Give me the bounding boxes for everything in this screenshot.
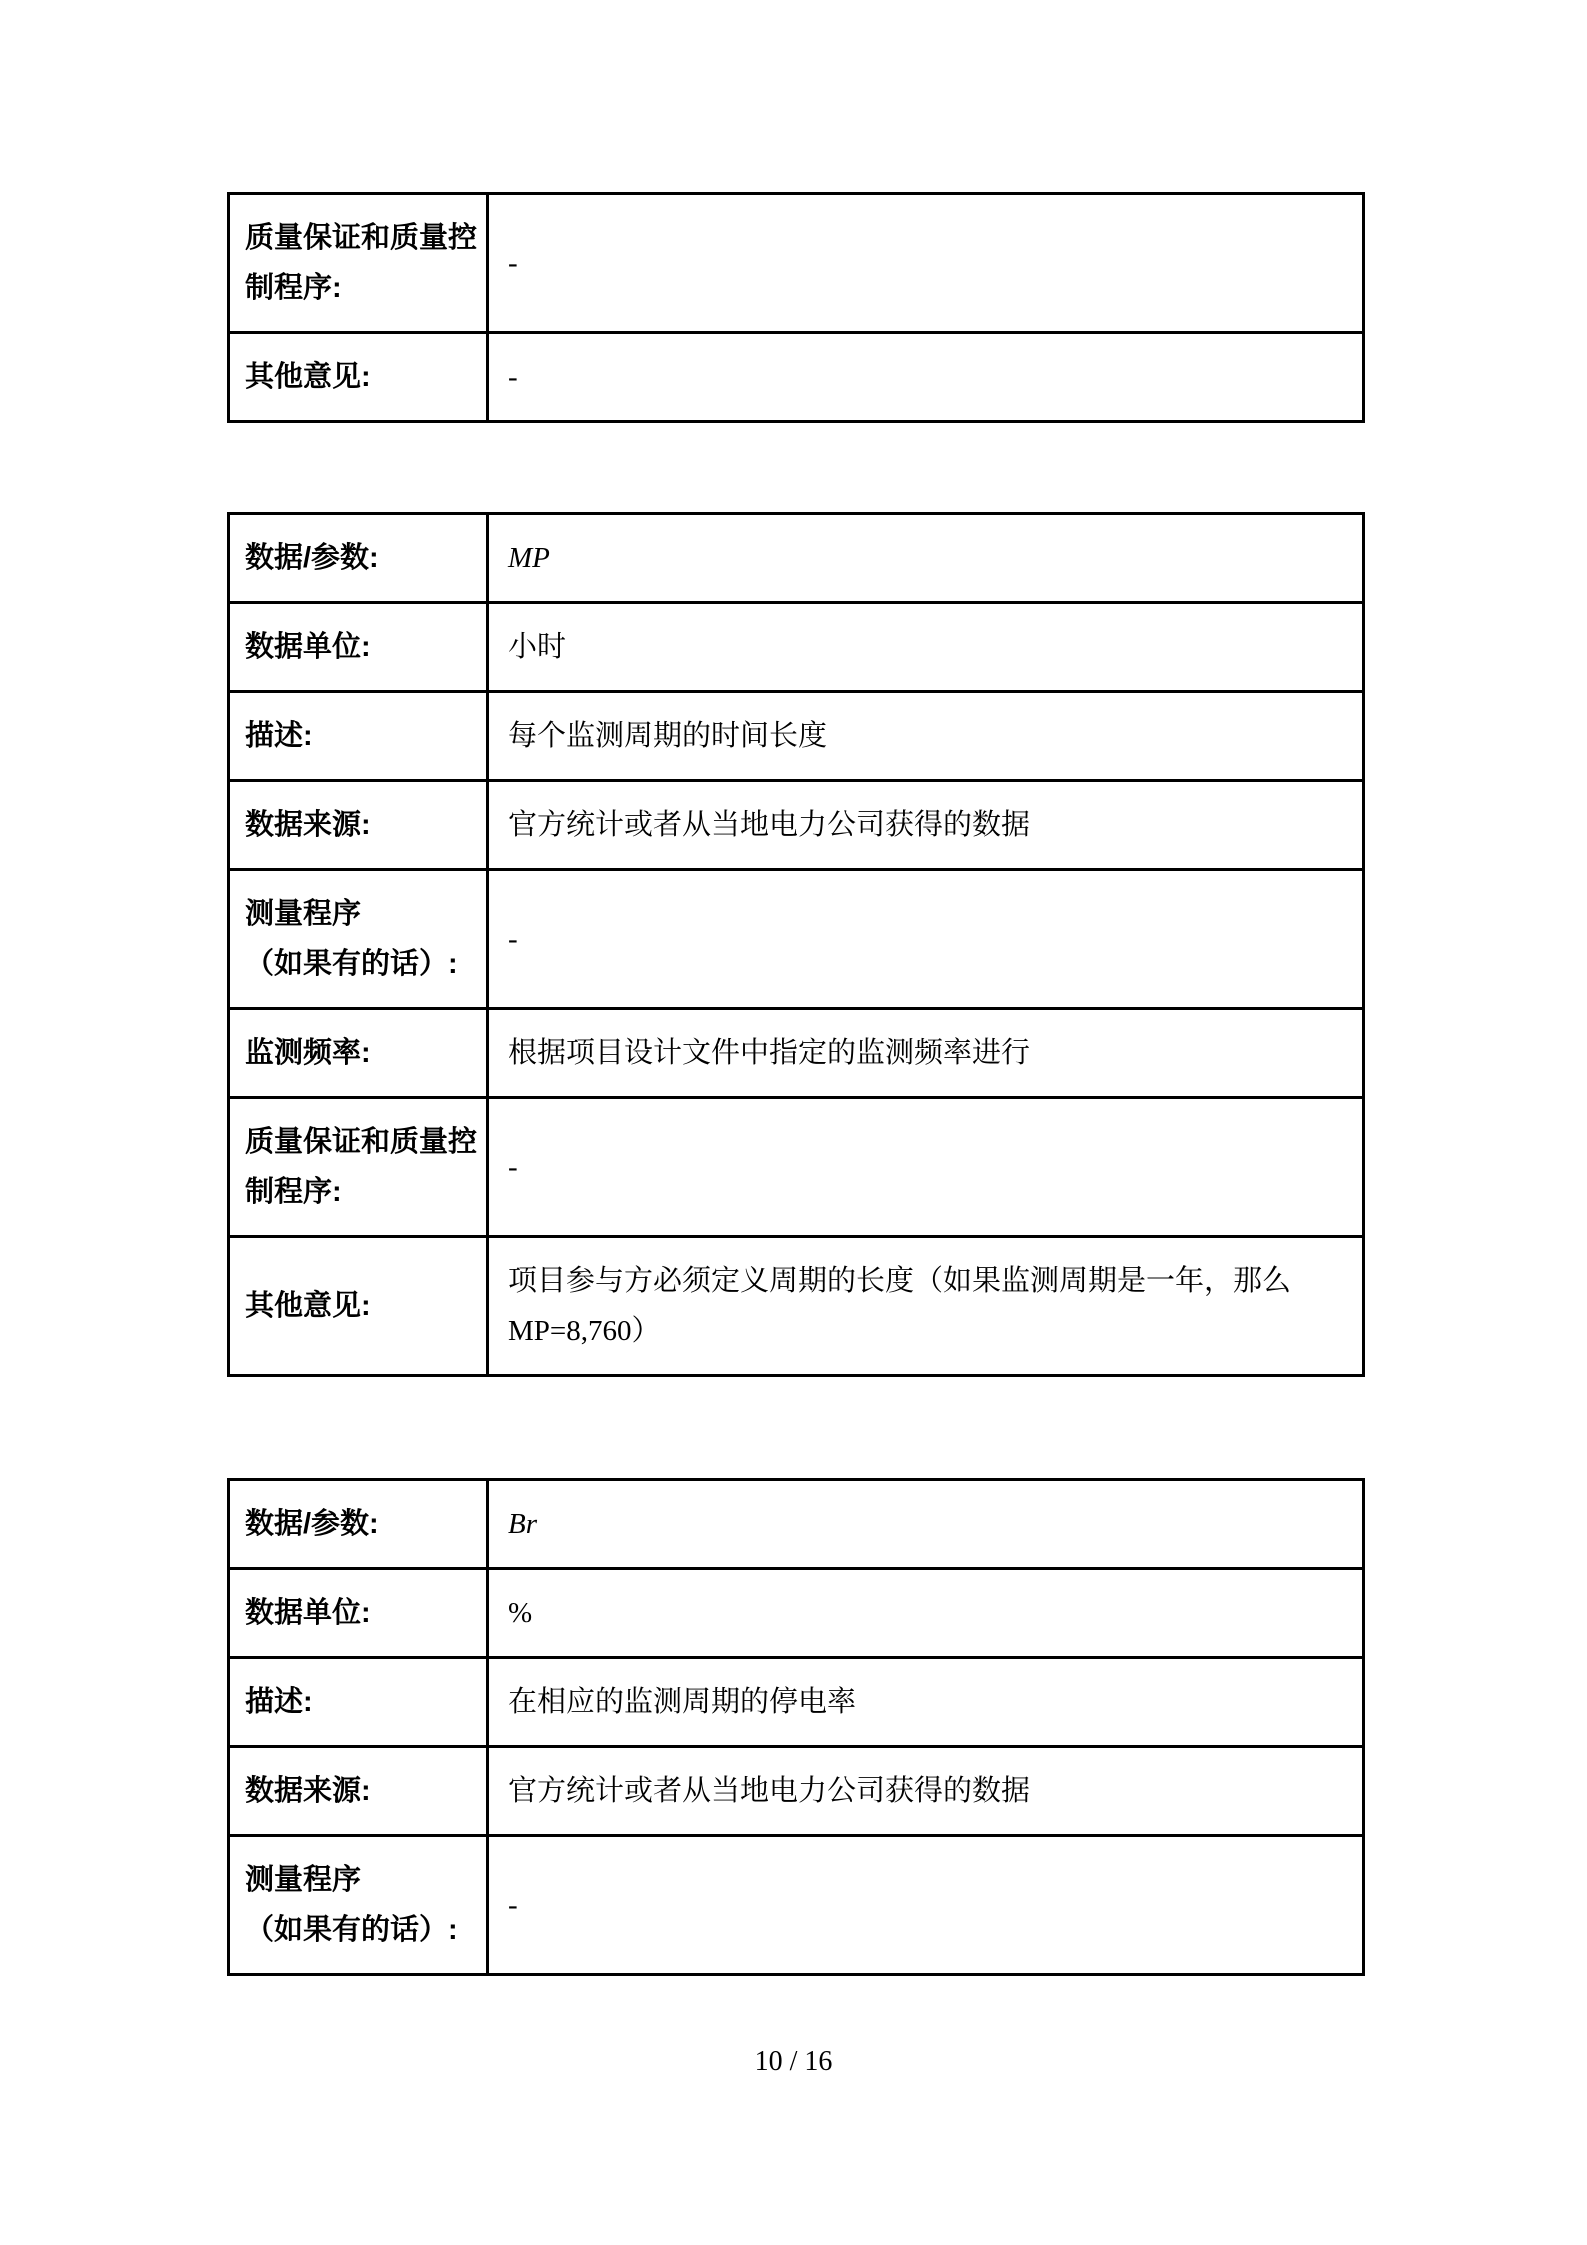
- table-row: 测量程序 （如果有的话）:-: [229, 1836, 1364, 1975]
- row-value: -: [488, 870, 1364, 1009]
- row-value: Br: [488, 1480, 1364, 1569]
- table-row: 数据单位:小时: [229, 603, 1364, 692]
- table-row: 数据/参数:MP: [229, 514, 1364, 603]
- row-value: -: [488, 194, 1364, 333]
- row-label: 数据单位:: [229, 1569, 488, 1658]
- row-value: 每个监测周期的时间长度: [488, 692, 1364, 781]
- row-value: 在相应的监测周期的停电率: [488, 1658, 1364, 1747]
- row-label: 监测频率:: [229, 1009, 488, 1098]
- row-label: 描述:: [229, 692, 488, 781]
- row-label: 测量程序 （如果有的话）:: [229, 1836, 488, 1975]
- row-label: 数据/参数:: [229, 1480, 488, 1569]
- row-label: 测量程序 （如果有的话）:: [229, 870, 488, 1009]
- row-label: 数据/参数:: [229, 514, 488, 603]
- table-row: 数据来源:官方统计或者从当地电力公司获得的数据: [229, 1747, 1364, 1836]
- row-label: 其他意见:: [229, 333, 488, 422]
- document-page: 质量保证和质量控制程序:-其他意见:- 数据/参数:MP数据单位:小时描述:每个…: [0, 0, 1587, 2245]
- table-row: 数据来源:官方统计或者从当地电力公司获得的数据: [229, 781, 1364, 870]
- table-row: 质量保证和质量控制程序:-: [229, 1098, 1364, 1237]
- page-number: 10 / 16: [0, 2045, 1587, 2079]
- row-label: 质量保证和质量控制程序:: [229, 194, 488, 333]
- row-value: 官方统计或者从当地电力公司获得的数据: [488, 781, 1364, 870]
- table-row: 其他意见:-: [229, 333, 1364, 422]
- row-value: MP: [488, 514, 1364, 603]
- row-value: 官方统计或者从当地电力公司获得的数据: [488, 1747, 1364, 1836]
- row-value: -: [488, 1836, 1364, 1975]
- table-row: 描述:在相应的监测周期的停电率: [229, 1658, 1364, 1747]
- row-label: 质量保证和质量控制程序:: [229, 1098, 488, 1237]
- table-row: 测量程序 （如果有的话）:-: [229, 870, 1364, 1009]
- table-row: 数据单位:%: [229, 1569, 1364, 1658]
- table-row: 监测频率:根据项目设计文件中指定的监测频率进行: [229, 1009, 1364, 1098]
- row-label: 其他意见:: [229, 1237, 488, 1376]
- row-value: 项目参与方必须定义周期的长度（如果监测周期是一年，那么 MP=8,760）: [488, 1237, 1364, 1376]
- parameter-table-br: 数据/参数:Br数据单位:%描述:在相应的监测周期的停电率数据来源:官方统计或者…: [227, 1478, 1365, 1976]
- row-value: -: [488, 1098, 1364, 1237]
- table-row: 质量保证和质量控制程序:-: [229, 194, 1364, 333]
- row-value: %: [488, 1569, 1364, 1658]
- parameter-table-continued: 质量保证和质量控制程序:-其他意见:-: [227, 192, 1365, 423]
- row-value: 小时: [488, 603, 1364, 692]
- row-label: 数据来源:: [229, 781, 488, 870]
- row-label: 数据单位:: [229, 603, 488, 692]
- table-row: 其他意见:项目参与方必须定义周期的长度（如果监测周期是一年，那么 MP=8,76…: [229, 1237, 1364, 1376]
- row-label: 描述:: [229, 1658, 488, 1747]
- row-label: 数据来源:: [229, 1747, 488, 1836]
- table-row: 描述:每个监测周期的时间长度: [229, 692, 1364, 781]
- table-row: 数据/参数:Br: [229, 1480, 1364, 1569]
- parameter-table-mp: 数据/参数:MP数据单位:小时描述:每个监测周期的时间长度数据来源:官方统计或者…: [227, 512, 1365, 1377]
- row-value: -: [488, 333, 1364, 422]
- row-value: 根据项目设计文件中指定的监测频率进行: [488, 1009, 1364, 1098]
